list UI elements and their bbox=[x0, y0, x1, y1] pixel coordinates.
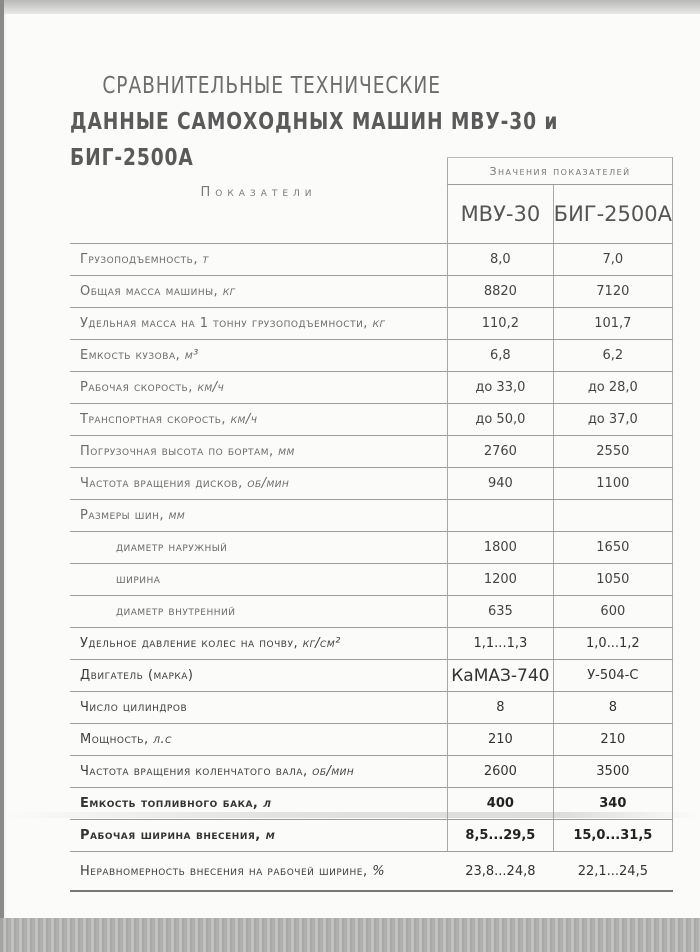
table-row: диаметр внутренний 635 600 bbox=[70, 596, 673, 628]
value-big2500a: 600 bbox=[553, 596, 672, 628]
title-line-1: СРАВНИТЕЛЬНЫЕ ТЕХНИЧЕСКИЕ bbox=[70, 68, 628, 104]
value-big2500a: до 37,0 bbox=[553, 404, 672, 436]
value-mvu30: 8820 bbox=[448, 276, 554, 308]
row-label: Число цилиндров bbox=[70, 692, 448, 724]
row-label: Мощность, л.с bbox=[70, 724, 448, 756]
row-label: Рабочая скорость, км/ч bbox=[70, 372, 448, 404]
scan-edge-top bbox=[0, 0, 700, 14]
scan-edge-left bbox=[0, 0, 4, 952]
value-mvu30: 1,1...1,3 bbox=[448, 628, 554, 660]
scan-smudge bbox=[0, 812, 700, 818]
value-big2500a bbox=[553, 500, 672, 532]
values-group-header: Значения показателей bbox=[448, 158, 673, 185]
value-big2500a: 7120 bbox=[553, 276, 672, 308]
value-big2500a: 7,0 bbox=[553, 244, 672, 276]
value-big2500a: 1,0...1,2 bbox=[553, 628, 672, 660]
table-row: Рабочая ширина внесения, м 8,5...29,5 15… bbox=[70, 820, 673, 852]
table-header-row-1: Значения показателей bbox=[70, 158, 673, 185]
value-mvu30: до 33,0 bbox=[448, 372, 554, 404]
table-row: Погрузочная высота по бортам, мм 2760 25… bbox=[70, 436, 673, 468]
value-mvu30: 940 bbox=[448, 468, 554, 500]
value-mvu30: 6,8 bbox=[448, 340, 554, 372]
row-label: Двигатель (марка) bbox=[70, 660, 448, 692]
table-row: Число цилиндров 8 8 bbox=[70, 692, 673, 724]
row-label: ширина bbox=[70, 564, 448, 596]
value-big2500a: 2550 bbox=[553, 436, 672, 468]
row-label: Неравномерность внесения на рабочей шири… bbox=[70, 852, 448, 892]
value-mvu30: 1200 bbox=[448, 564, 554, 596]
value-mvu30: 8 bbox=[448, 692, 554, 724]
row-label: Частота вращения дисков, об/мин bbox=[70, 468, 448, 500]
value-mvu30: КаМАЗ-740 bbox=[448, 660, 554, 692]
value-mvu30: 8,0 bbox=[448, 244, 554, 276]
table-header-row-2: Показатели МВУ-30 БИГ-2500А bbox=[70, 185, 673, 244]
value-big2500a: 3500 bbox=[553, 756, 672, 788]
row-label: диаметр наружный bbox=[70, 532, 448, 564]
row-label: Рабочая ширина внесения, м bbox=[70, 820, 448, 852]
row-label: Удельная масса на 1 тонну грузоподъемнос… bbox=[70, 308, 448, 340]
table-row: Размеры шин, мм bbox=[70, 500, 673, 532]
value-mvu30: 1800 bbox=[448, 532, 554, 564]
value-big2500a: 1650 bbox=[553, 532, 672, 564]
value-big2500a: 6,2 bbox=[553, 340, 672, 372]
row-label: Погрузочная высота по бортам, мм bbox=[70, 436, 448, 468]
row-label: Размеры шин, мм bbox=[70, 500, 448, 532]
col-header-mvu30: МВУ-30 bbox=[448, 185, 554, 244]
row-label: Транспортная скорость, км/ч bbox=[70, 404, 448, 436]
value-mvu30: 210 bbox=[448, 724, 554, 756]
table-row: Транспортная скорость, км/ч до 50,0 до 3… bbox=[70, 404, 673, 436]
row-label: Удельное давление колес на почву, кг/см² bbox=[70, 628, 448, 660]
value-mvu30: 23,8...24,8 bbox=[448, 852, 554, 892]
row-label: Общая масса машины, кг bbox=[70, 276, 448, 308]
value-big2500a: У-504-С bbox=[553, 660, 672, 692]
table-row: Общая масса машины, кг 8820 7120 bbox=[70, 276, 673, 308]
table-row: Емкость кузова, м³ 6,8 6,2 bbox=[70, 340, 673, 372]
value-big2500a: 1100 bbox=[553, 468, 672, 500]
value-mvu30: 2600 bbox=[448, 756, 554, 788]
value-mvu30: 635 bbox=[448, 596, 554, 628]
col-header-big2500a: БИГ-2500А bbox=[553, 185, 672, 244]
table-row: Рабочая скорость, км/ч до 33,0 до 28,0 bbox=[70, 372, 673, 404]
row-label: Емкость кузова, м³ bbox=[70, 340, 448, 372]
table-row: Неравномерность внесения на рабочей шири… bbox=[70, 852, 673, 892]
table-row: Мощность, л.с 210 210 bbox=[70, 724, 673, 756]
indicators-header: Показатели bbox=[70, 185, 448, 244]
value-big2500a: 210 bbox=[553, 724, 672, 756]
spec-comparison-table: Значения показателей Показатели МВУ-30 Б… bbox=[70, 157, 673, 892]
table-row: ширина 1200 1050 bbox=[70, 564, 673, 596]
scan-edge-bottom bbox=[0, 918, 700, 952]
value-mvu30 bbox=[448, 500, 554, 532]
row-label: Частота вращения коленчатого вала, об/ми… bbox=[70, 756, 448, 788]
row-label: диаметр внутренний bbox=[70, 596, 448, 628]
value-big2500a: 1050 bbox=[553, 564, 672, 596]
table-row: Грузоподъемность, т 8,0 7,0 bbox=[70, 244, 673, 276]
table-row: Двигатель (марка) КаМАЗ-740 У-504-С bbox=[70, 660, 673, 692]
table-row: Частота вращения дисков, об/мин 940 1100 bbox=[70, 468, 673, 500]
table-row: диаметр наружный 1800 1650 bbox=[70, 532, 673, 564]
value-mvu30: 2760 bbox=[448, 436, 554, 468]
value-mvu30: 110,2 bbox=[448, 308, 554, 340]
value-big2500a: 8 bbox=[553, 692, 672, 724]
value-big2500a: до 28,0 bbox=[553, 372, 672, 404]
value-mvu30: до 50,0 bbox=[448, 404, 554, 436]
value-big2500a: 101,7 bbox=[553, 308, 672, 340]
table-row: Частота вращения коленчатого вала, об/ми… bbox=[70, 756, 673, 788]
table-row: Удельная масса на 1 тонну грузоподъемнос… bbox=[70, 308, 673, 340]
row-label: Грузоподъемность, т bbox=[70, 244, 448, 276]
value-mvu30: 8,5...29,5 bbox=[448, 820, 554, 852]
value-big2500a: 22,1...24,5 bbox=[553, 852, 672, 892]
header-spacer bbox=[70, 158, 448, 185]
value-big2500a: 15,0...31,5 bbox=[553, 820, 672, 852]
table-row: Удельное давление колес на почву, кг/см²… bbox=[70, 628, 673, 660]
